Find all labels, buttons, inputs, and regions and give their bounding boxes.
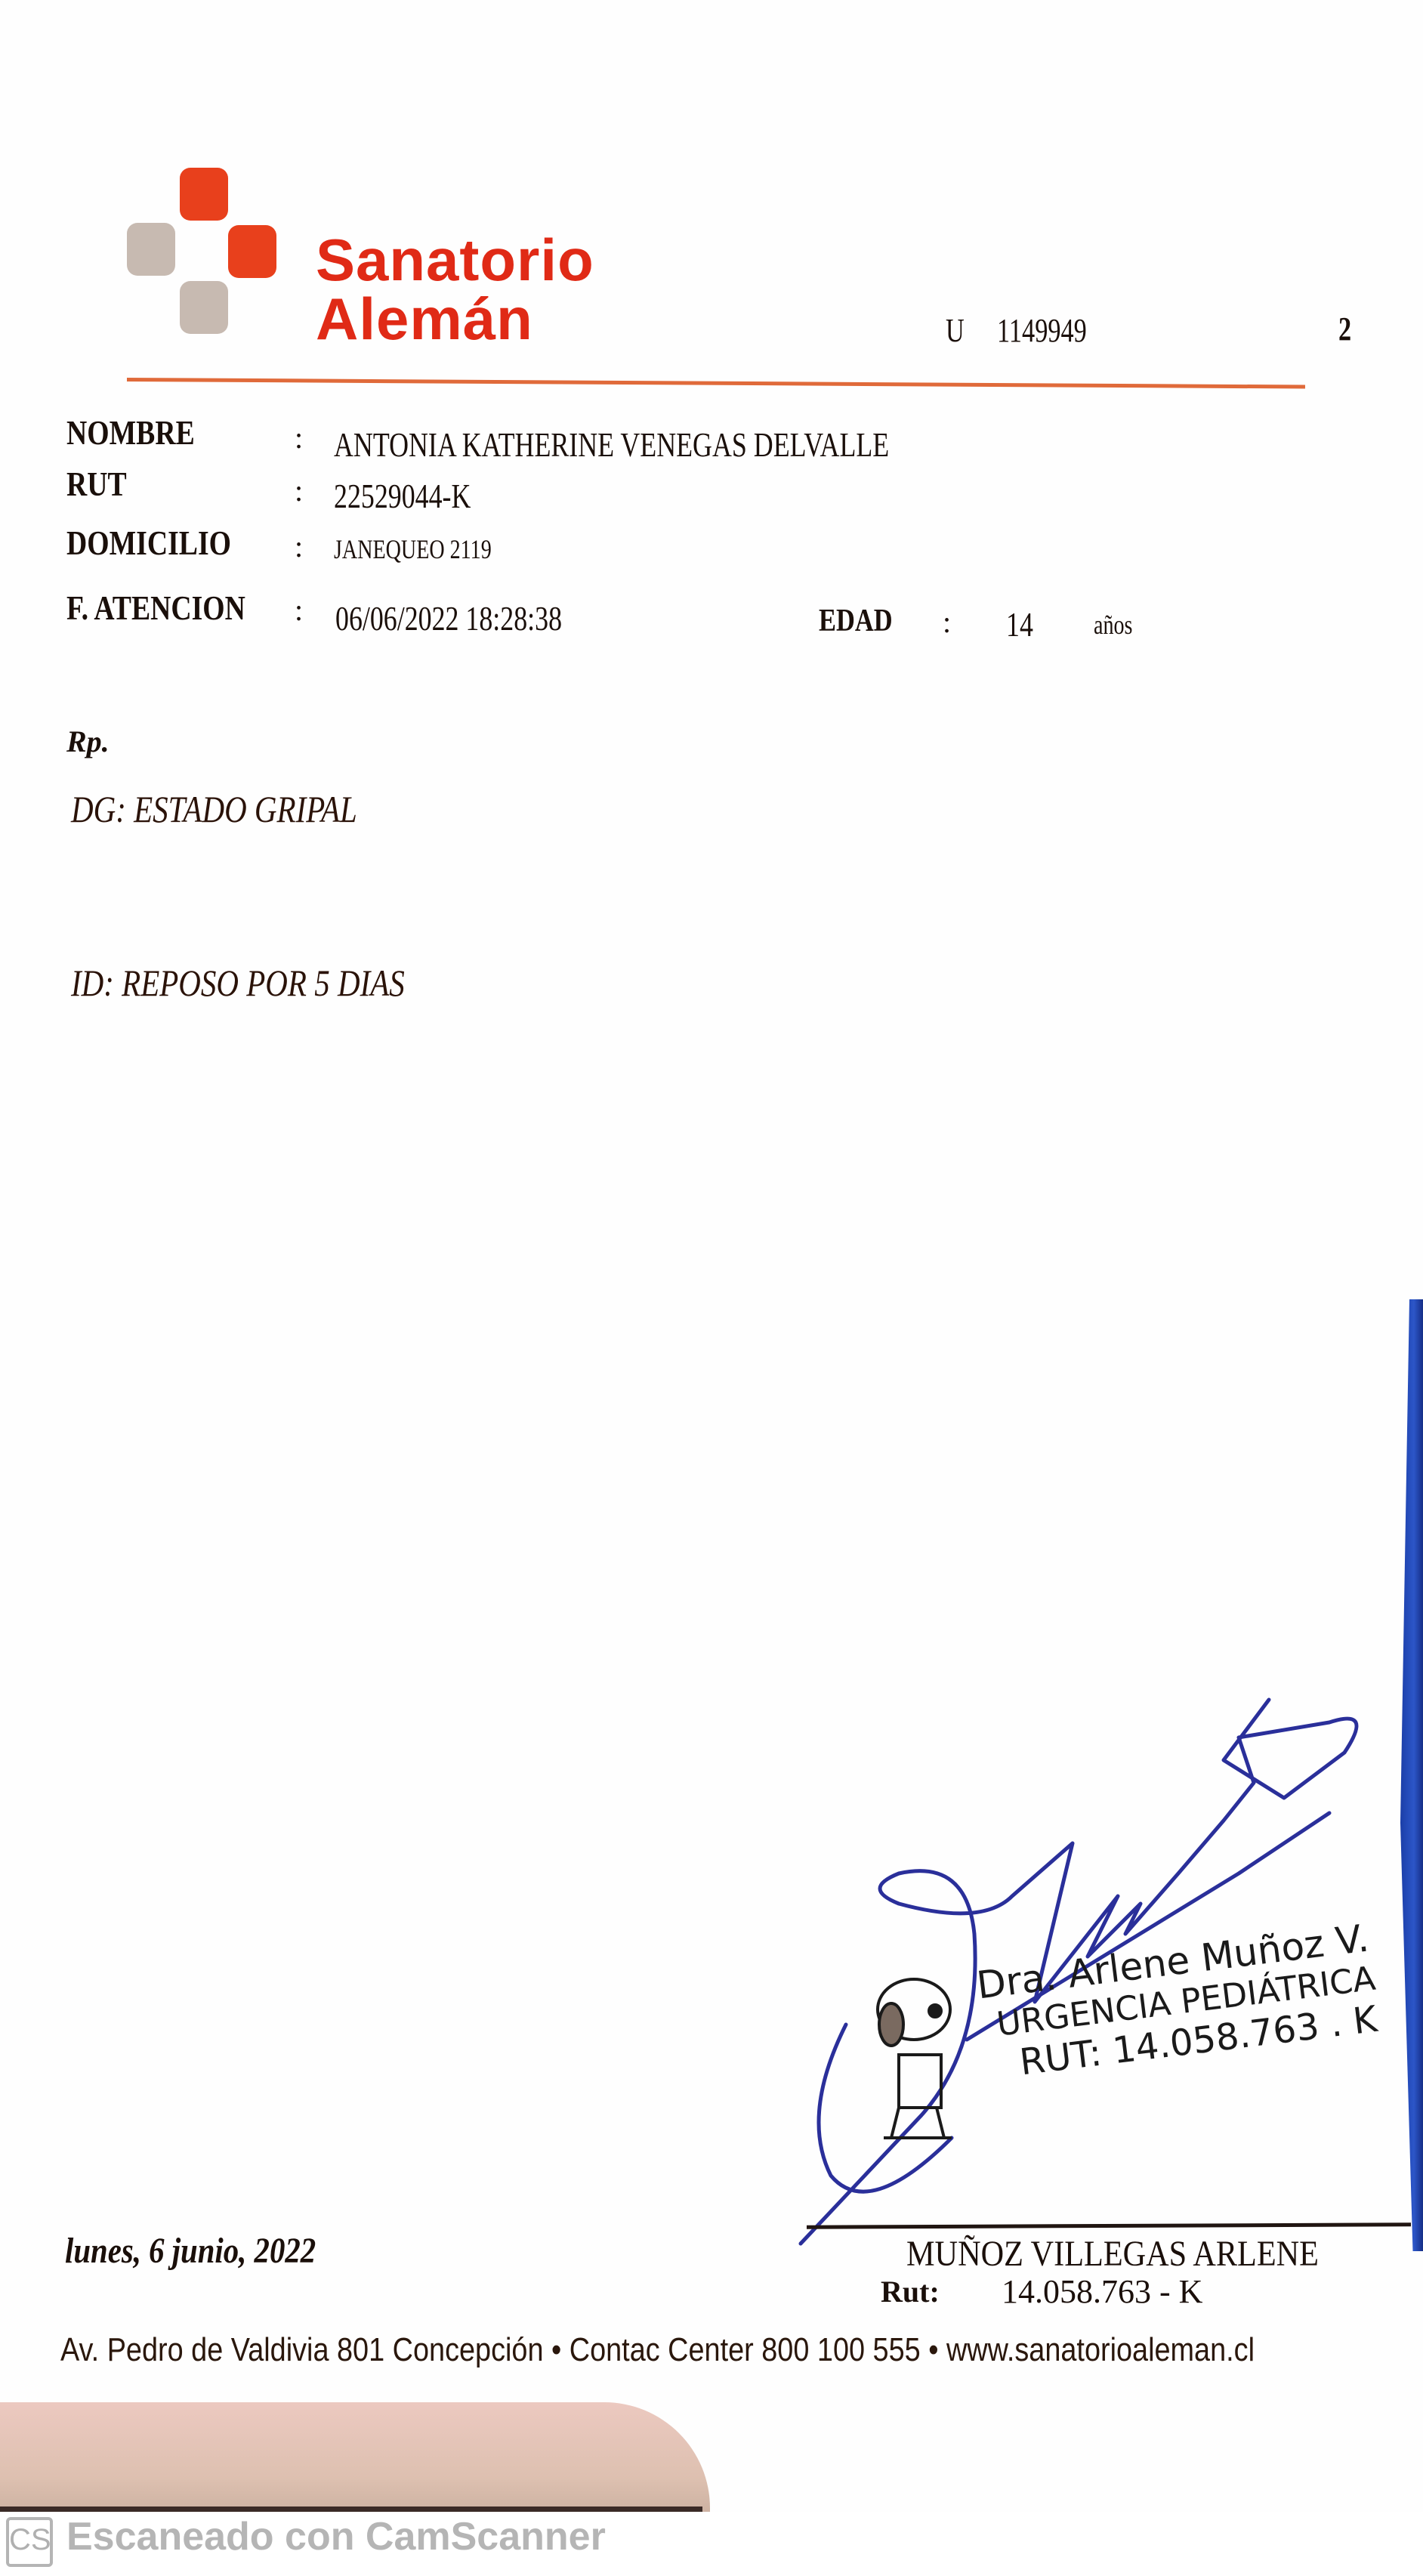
edad-label: EDAD [819,603,893,639]
logo-square-top [180,168,228,221]
folio-number: 1149949 [997,311,1087,350]
nombre-label: NOMBRE [66,412,195,452]
rp-symbol: Rp. [66,724,110,759]
patient-address: JANEQUEO 2119 [334,533,492,565]
brand-name-line2: Alemán [316,292,533,346]
rut-label: RUT [66,464,127,504]
doctor-rut: 14.058.763 - K [1002,2272,1202,2311]
attention-datetime: 06/06/2022 18:28:38 [335,598,562,638]
logo-square-left [127,223,175,276]
diagnosis: DG: ESTADO GRIPAL [71,787,357,831]
logo-square-right [228,225,276,278]
doctor-name: MUÑOZ VILLEGAS ARLENE [906,2233,1319,2275]
page-number: 2 [1338,310,1351,348]
camscanner-watermark: Escaneado con CamScanner [66,2514,606,2559]
camscanner-logo-icon: CS [6,2517,53,2567]
separator: : [295,592,303,628]
patient-rut: 22529044-K [334,476,471,516]
separator: : [295,420,303,456]
header-divider [127,378,1305,389]
logo-square-bottom [180,281,228,334]
folio-prefix: U [946,311,965,350]
separator: : [295,473,303,508]
footer-contact: Av. Pedro de Valdivia 801 Concepción • C… [60,2331,1255,2369]
issue-date: lunes, 6 junio, 2022 [65,2230,316,2272]
scan-shadow [0,2402,710,2512]
separator: : [943,604,951,640]
age-unit: años [1094,609,1132,641]
atencion-label: F. ATENCION [66,588,245,628]
indication: ID: REPOSO POR 5 DIAS [71,961,405,1005]
domicilio-label: DOMICILIO [66,523,231,563]
separator: : [295,529,303,564]
patient-name: ANTONIA KATHERINE VENEGAS DELVALLE [334,425,889,465]
brand-name-line1: Sanatorio [316,233,594,287]
patient-age: 14 [1006,604,1033,644]
doctor-rut-label: Rut: [881,2274,940,2309]
